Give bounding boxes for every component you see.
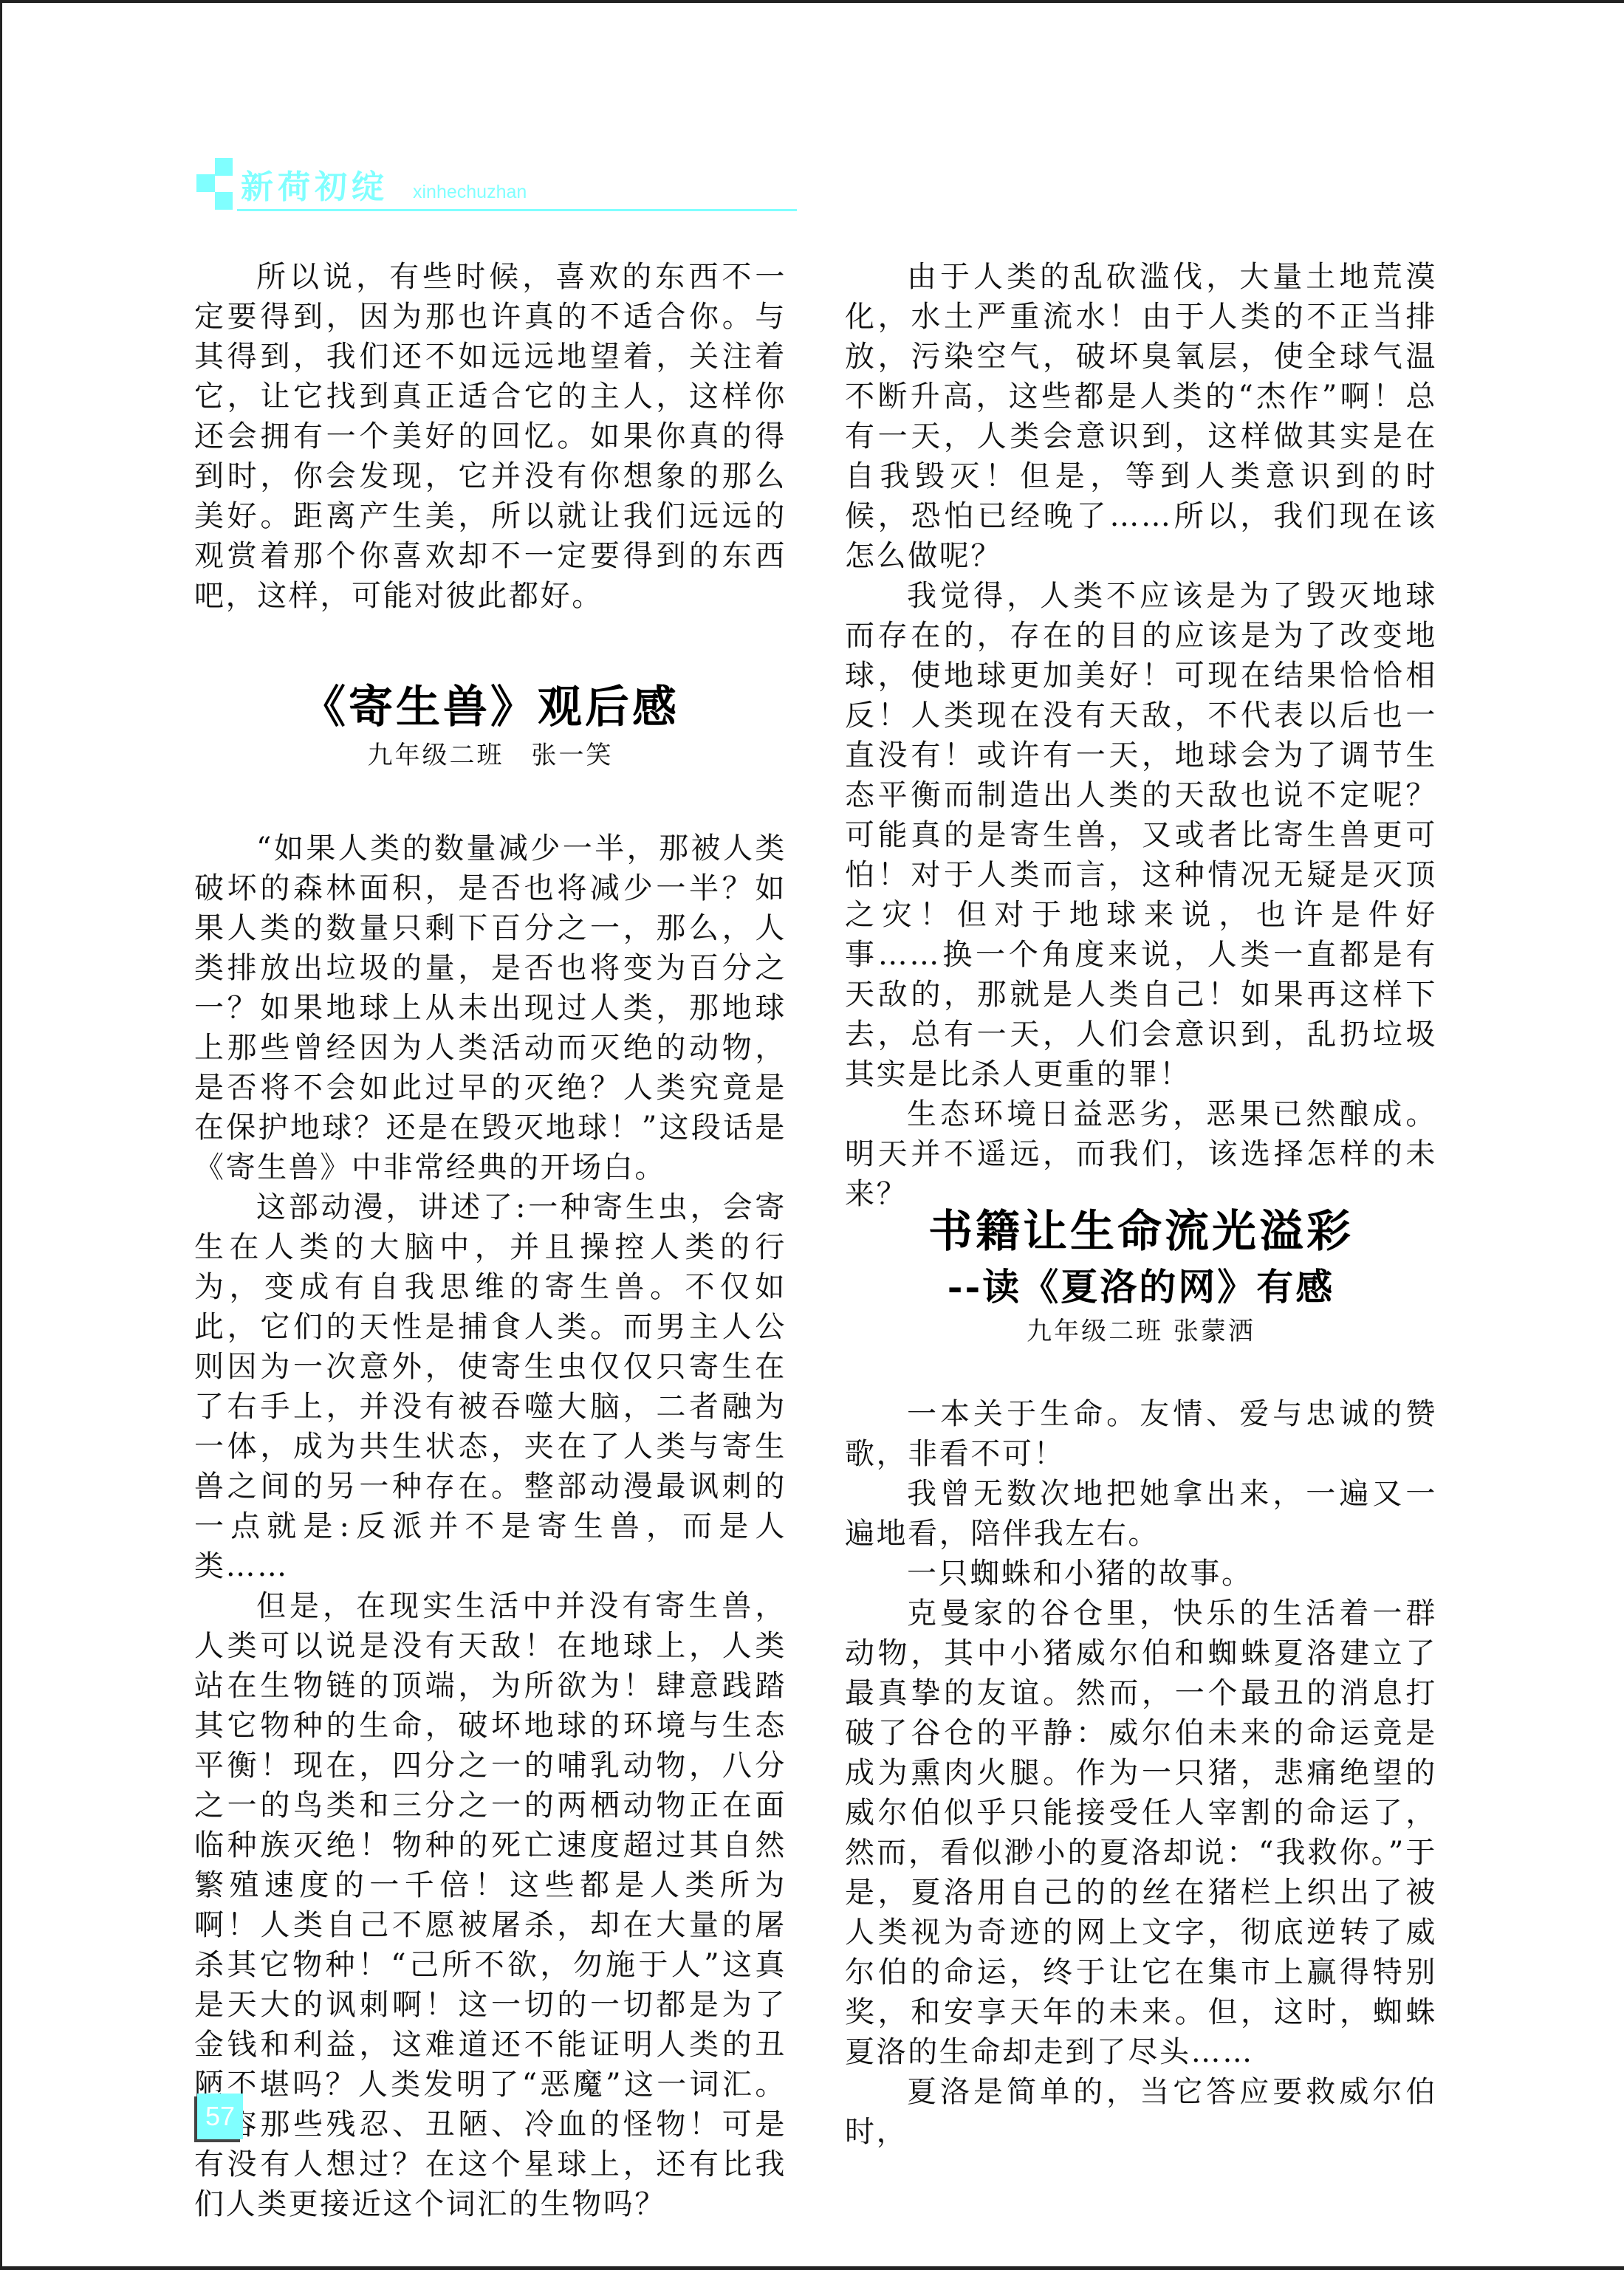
paragraph: 我觉得，人类不应该是为了毁灭地球而存在的，存在的目的应该是为了改变地球，使地球更… (845, 576, 1437, 1094)
logo-square-icon (215, 192, 233, 210)
logo-square-icon (215, 158, 233, 176)
article-parasyte: 《寄生兽》观后感 九年级二班 张一笑 (194, 678, 787, 774)
paragraph: 夏洛是简单的，当它答应要救威尔伯时， (845, 2072, 1437, 2152)
paragraph: 所以说，有些时候，喜欢的东西不一定要得到，因为那也许真的不适合你。与其得到，我们… (194, 257, 787, 616)
article-subtitle: --读《夏洛的网》有感 (845, 1261, 1437, 1313)
article-byline: 九年级二班 张蒙洒 (845, 1313, 1437, 1350)
paragraph: “如果人类的数量减少一半，那被人类破坏的森林面积，是否也将减少一半？如果人类的数… (194, 829, 787, 1187)
logo-square-icon (196, 174, 215, 192)
section-title: 新荷初绽 (241, 165, 388, 210)
left-column: 所以说，有些时候，喜欢的东西不一定要得到，因为那也许真的不适合你。与其得到，我们… (194, 257, 787, 616)
article-title: 书籍让生命流光溢彩 (845, 1202, 1437, 1261)
paragraph: 这部动漫，讲述了:一种寄生虫，会寄生在人类的大脑中，并且操控人类的行为，变成有自… (194, 1187, 787, 1586)
paragraph: 一只蜘蛛和小猪的故事。 (845, 1554, 1437, 1594)
article-title: 《寄生兽》观后感 (194, 678, 787, 737)
article-parasyte-body: “如果人类的数量减少一半，那被人类破坏的森林面积，是否也将减少一半？如果人类的数… (194, 829, 787, 2224)
header-divider (237, 209, 797, 211)
right-column: 由于人类的乱砍滥伐，大量土地荒漠化，水土严重流水！由于人类的不正当排放，污染空气… (845, 257, 1437, 1214)
paragraph: 生态环境日益恶劣，恶果已然酿成。明天并不遥远，而我们，该选择怎样的未来？ (845, 1094, 1437, 1214)
paragraph: 一本关于生命。友情、爱与忠诚的赞歌，非看不可！ (845, 1394, 1437, 1474)
article-charlottes-web-body: 一本关于生命。友情、爱与忠诚的赞歌，非看不可！ 我曾无数次地把她拿出来，一遍又一… (845, 1394, 1437, 2152)
paragraph: 克曼家的谷仓里，快乐的生活着一群动物，其中小猪威尔伯和蜘蛛夏洛建立了最真挚的友谊… (845, 1594, 1437, 2072)
article-byline: 九年级二班 张一笑 (194, 737, 787, 774)
paragraph: 但是，在现实生活中并没有寄生兽，人类可以说是没有天敌！在地球上，人类站在生物链的… (194, 1586, 787, 2224)
section-pinyin: xinhechuzhan (413, 181, 527, 203)
article-charlottes-web: 书籍让生命流光溢彩 --读《夏洛的网》有感 九年级二班 张蒙洒 (845, 1202, 1437, 1350)
page-number: 57 (197, 2094, 243, 2139)
paragraph: 由于人类的乱砍滥伐，大量土地荒漠化，水土严重流水！由于人类的不正当排放，污染空气… (845, 257, 1437, 576)
paragraph: 我曾无数次地把她拿出来，一遍又一遍地看，陪伴我左右。 (845, 1474, 1437, 1554)
section-header: 新荷初绽 xinhechuzhan (196, 157, 802, 217)
